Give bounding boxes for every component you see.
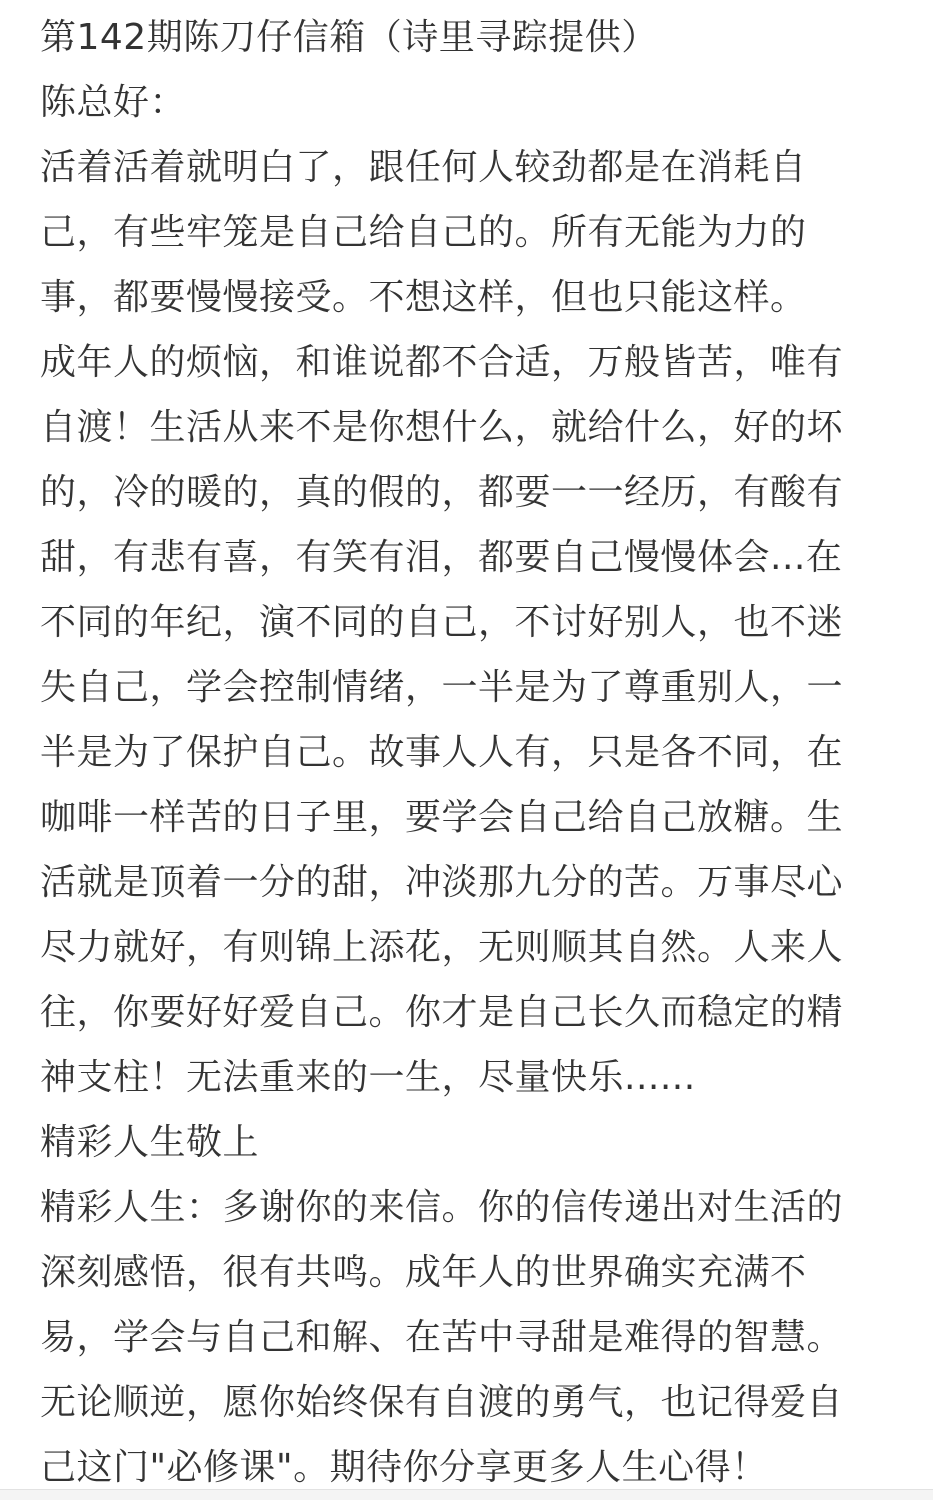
letter-line: 咖啡一样苦的日子里，要学会自己给自己放糖。生 [40, 785, 900, 850]
reply-line: 深刻感悟，很有共鸣。成年人的世界确实充满不 [40, 1240, 900, 1305]
reply-line: 易，学会与自己和解、在苦中寻甜是难得的智慧。 [40, 1305, 900, 1370]
letter-line: 成年人的烦恼，和谁说都不合适，万般皆苦，唯有 [40, 330, 900, 395]
salutation: 陈总好： [40, 70, 900, 135]
letter-line: 活就是顶着一分的甜，冲淡那九分的苦。万事尽心 [40, 850, 900, 915]
signature: 精彩人生敬上 [40, 1110, 900, 1175]
reply-body: 精彩人生：多谢你的来信。你的信传递出对生活的 深刻感悟，很有共鸣。成年人的世界确… [40, 1175, 900, 1500]
letter-body: 活着活着就明白了，跟任何人较劲都是在消耗自 己，有些牢笼是自己给自己的。所有无能… [40, 135, 900, 1110]
letter-line: 失自己，学会控制情绪，一半是为了尊重别人，一 [40, 655, 900, 720]
letter-line: 活着活着就明白了，跟任何人较劲都是在消耗自 [40, 135, 900, 200]
letter-line: 甜，有悲有喜，有笑有泪，都要自己慢慢体会...在 [40, 525, 900, 590]
reply-line: 精彩人生：多谢你的来信。你的信传递出对生活的 [40, 1175, 900, 1240]
letter-line: 往，你要好好爱自己。你才是自己长久而稳定的精 [40, 980, 900, 1045]
letter-document: 第142期陈刀仔信箱（诗里寻踪提供） 陈总好： 活着活着就明白了，跟任何人较劲都… [40, 6, 900, 1500]
letter-line: 不同的年纪，演不同的自己，不讨好别人，也不迷 [40, 590, 900, 655]
bottom-strip [0, 1489, 933, 1500]
letter-line: 半是为了保护自己。故事人人有，只是各不同，在 [40, 720, 900, 785]
letter-line: 尽力就好，有则锦上添花，无则顺其自然。人来人 [40, 915, 900, 980]
letter-line: 事，都要慢慢接受。不想这样，但也只能这样。 [40, 265, 900, 330]
reply-line: 无论顺逆，愿你始终保有自渡的勇气，也记得爱自 [40, 1370, 900, 1435]
letter-line: 己，有些牢笼是自己给自己的。所有无能为力的 [40, 200, 900, 265]
letter-line: 自渡！生活从来不是你想什么，就给什么，好的坏 [40, 395, 900, 460]
letter-line: 神支柱！无法重来的一生，尽量快乐...... [40, 1045, 900, 1110]
letter-title: 第142期陈刀仔信箱（诗里寻踪提供） [40, 6, 900, 70]
letter-line: 的，冷的暖的，真的假的，都要一一经历，有酸有 [40, 460, 900, 525]
